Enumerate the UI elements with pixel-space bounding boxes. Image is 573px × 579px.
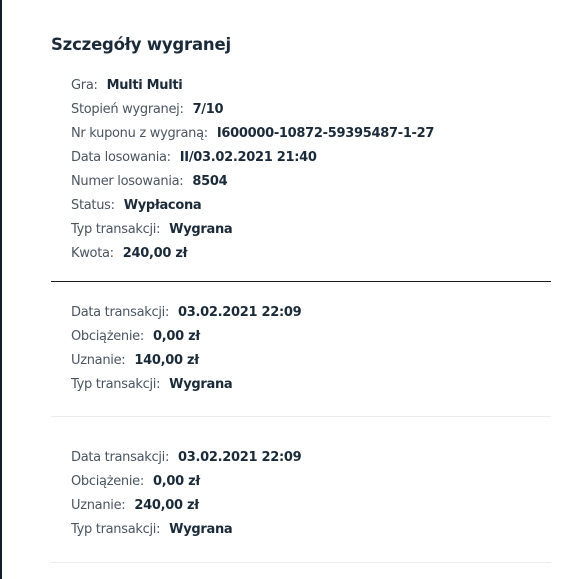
field-label: Obciążenie: — [71, 329, 144, 344]
field-label: Obciążenie: — [71, 474, 144, 489]
detail-row-draw-date: Data losowania:II/03.02.2021 21:40 — [71, 150, 317, 165]
page-title: Szczegóły wygranej — [51, 35, 231, 54]
field-value: 0,00 zł — [153, 329, 200, 344]
detail-row-coupon-number: Nr kuponu z wygraną:I600000-10872-593954… — [71, 126, 434, 141]
transaction-date-row: Data transakcji:03.02.2021 22:09 — [71, 305, 301, 320]
detail-value: 7/10 — [193, 102, 224, 117]
detail-label: Nr kuponu z wygraną: — [71, 126, 208, 141]
detail-row-draw-number: Numer losowania:8504 — [71, 174, 227, 189]
section-divider — [51, 281, 551, 282]
field-label: Uznanie: — [71, 353, 125, 368]
detail-value: Wygrana — [169, 222, 232, 237]
field-value: 240,00 zł — [134, 498, 198, 513]
transaction-type-row: Typ transakcji:Wygrana — [71, 522, 232, 537]
field-value: 0,00 zł — [153, 474, 200, 489]
detail-label: Gra: — [71, 78, 98, 93]
transaction-credit-row: Uznanie:240,00 zł — [71, 498, 199, 513]
field-label: Uznanie: — [71, 498, 125, 513]
field-label: Typ transakcji: — [71, 377, 160, 392]
transaction-type-row: Typ transakcji:Wygrana — [71, 377, 232, 392]
field-value: 140,00 zł — [134, 353, 198, 368]
detail-row-amount: Kwota:240,00 zł — [71, 246, 187, 261]
field-label: Data transakcji: — [71, 305, 169, 320]
transaction-credit-row: Uznanie:140,00 zł — [71, 353, 199, 368]
detail-row-status: Status:Wypłacona — [71, 198, 201, 213]
field-value: Wygrana — [169, 522, 232, 537]
detail-label: Data losowania: — [71, 150, 171, 165]
detail-value: Multi Multi — [107, 78, 183, 93]
transaction-divider — [51, 562, 551, 563]
detail-label: Status: — [71, 198, 115, 213]
panel-left-border — [0, 0, 2, 579]
transaction-divider — [51, 416, 551, 417]
detail-value: 240,00 zł — [123, 246, 187, 261]
detail-label: Typ transakcji: — [71, 222, 160, 237]
detail-value: Wypłacona — [124, 198, 202, 213]
field-value: 03.02.2021 22:09 — [178, 450, 301, 465]
transaction-debit-row: Obciążenie:0,00 zł — [71, 474, 200, 489]
field-label: Data transakcji: — [71, 450, 169, 465]
detail-value: I600000-10872-59395487-1-27 — [217, 126, 434, 141]
field-value: Wygrana — [169, 377, 232, 392]
transaction-date-row: Data transakcji:03.02.2021 22:09 — [71, 450, 301, 465]
detail-value: II/03.02.2021 21:40 — [180, 150, 317, 165]
detail-label: Numer losowania: — [71, 174, 183, 189]
detail-row-transaction-type: Typ transakcji:Wygrana — [71, 222, 232, 237]
detail-row-game: Gra:Multi Multi — [71, 78, 182, 93]
detail-value: 8504 — [192, 174, 227, 189]
field-value: 03.02.2021 22:09 — [178, 305, 301, 320]
detail-label: Stopień wygranej: — [71, 102, 184, 117]
detail-row-win-degree: Stopień wygranej:7/10 — [71, 102, 223, 117]
detail-label: Kwota: — [71, 246, 114, 261]
field-label: Typ transakcji: — [71, 522, 160, 537]
transaction-debit-row: Obciążenie:0,00 zł — [71, 329, 200, 344]
